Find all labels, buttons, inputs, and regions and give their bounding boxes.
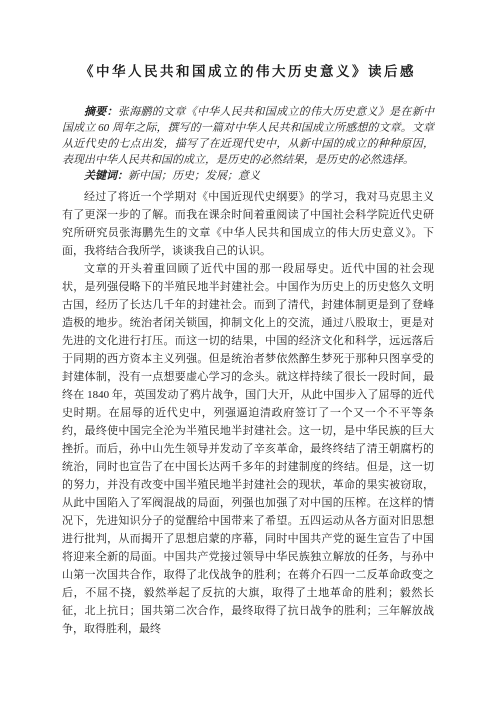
keywords-line: 关键词：新中国；历史；发展；意义 — [62, 168, 434, 184]
keywords-label: 关键词： — [84, 170, 128, 182]
abstract-text: 张海鹏的文章《中华人民共和国成立的伟大历史意义》是在新中国成立 60 周年之际，… — [62, 106, 434, 166]
document-title: 《中华人民共和国成立的伟大历史意义》读后感 — [62, 62, 434, 82]
abstract-label: 摘要： — [84, 106, 118, 118]
body-paragraph-1: 经过了将近一个学期对《中国近现代史纲要》的学习，我对马克思主义有了更深一步的了解… — [62, 188, 434, 260]
abstract-paragraph: 摘要：张海鹏的文章《中华人民共和国成立的伟大历史意义》是在新中国成立 60 周年… — [62, 104, 434, 168]
document-page: 《中华人民共和国成立的伟大历史意义》读后感 摘要：张海鹏的文章《中华人民共和国成… — [0, 0, 496, 702]
body-paragraph-2: 文章的开头着重回顾了近代中国的那一段屈辱史。近代中国的社会现状，是列强侵略下的半… — [62, 260, 434, 638]
keywords-text: 新中国；历史；发展；意义 — [128, 170, 260, 182]
